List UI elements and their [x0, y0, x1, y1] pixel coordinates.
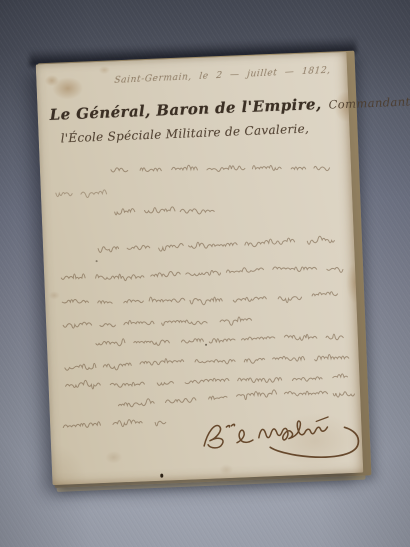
photo-vignette: [0, 0, 410, 547]
photo-of-letter: Saint-Germain, le 2 — juillet — 1812, Le…: [0, 0, 410, 547]
